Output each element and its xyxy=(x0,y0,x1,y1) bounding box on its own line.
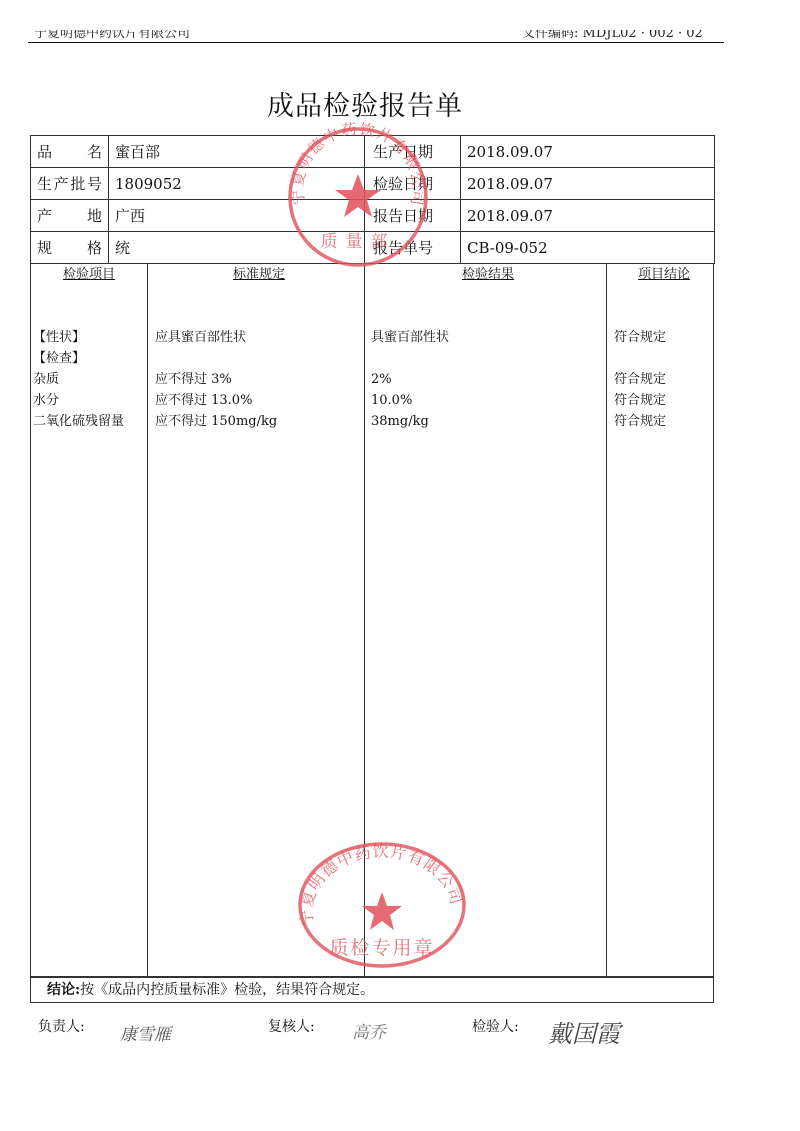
header-conclusion: 项目结论 xyxy=(614,264,714,285)
file-code-label: 文件编码: xyxy=(522,26,578,41)
info-label: 报告日期 xyxy=(365,200,461,232)
header-result: 检验结果 xyxy=(371,264,605,285)
info-label: 产 地 xyxy=(31,200,109,232)
info-label: 生产批号 xyxy=(31,168,109,200)
info-label: 规 格 xyxy=(31,232,109,264)
cell-result: 10.0% xyxy=(371,390,605,411)
file-code-value: MDJL02 · 002 · 02 xyxy=(583,26,703,41)
info-table: 品 名 蜜百部 生产日期 2018.09.07 生产批号 1809052 检验日… xyxy=(30,135,715,264)
page-title: 成品检验报告单 xyxy=(0,84,730,123)
info-label: 品 名 xyxy=(31,136,109,168)
inspector-label: 检验人: xyxy=(472,1016,519,1036)
cell-item: 【性状】 xyxy=(33,327,145,348)
conclusion-row: 结论:按《成品内控质量标准》检验，结果符合规定。 xyxy=(30,977,714,1003)
cell-result: 38mg/kg xyxy=(371,411,605,432)
info-row: 规 格 统 报告单号 CB-09-052 xyxy=(31,232,715,264)
cell-item: 二氧化硫残留量 xyxy=(33,411,145,432)
header-file-code: 文件编码: MDJL02 · 002 · 02 xyxy=(522,22,703,41)
conclusion-label: 结论: xyxy=(47,982,80,998)
cell-item: 杂质 xyxy=(33,369,145,390)
cell-item xyxy=(33,306,145,327)
info-value: 广西 xyxy=(109,200,365,232)
cell-standard: 应不得过 150mg/kg xyxy=(155,411,363,432)
results-table: 检验项目 【性状】 【检查】 杂质 水分 二氧化硫残留量 标准规定 应具蜜百部性… xyxy=(30,263,714,977)
cell-standard: 应具蜜百部性状 xyxy=(155,327,363,348)
info-label: 检验日期 xyxy=(365,168,461,200)
inspector-signature: 戴国霞 xyxy=(548,1014,620,1049)
responsible-signature: 康雪雁 xyxy=(120,1020,171,1045)
cell-item: 水分 xyxy=(33,390,145,411)
column-divider xyxy=(606,263,607,976)
info-label: 生产日期 xyxy=(365,136,461,168)
reviewer-label: 复核人: xyxy=(268,1016,315,1036)
cell-standard xyxy=(155,348,363,369)
info-row: 产 地 广西 报告日期 2018.09.07 xyxy=(31,200,715,232)
reviewer-signature: 高乔 xyxy=(352,1018,386,1043)
column-standard: 标准规定 应具蜜百部性状 应不得过 3% 应不得过 13.0% 应不得过 150… xyxy=(155,263,363,432)
cell-conclusion: 符合规定 xyxy=(614,390,714,411)
column-conclusion: 项目结论 符合规定 符合规定 符合规定 符合规定 xyxy=(614,263,714,432)
column-item: 检验项目 【性状】 【检查】 杂质 水分 二氧化硫残留量 xyxy=(33,263,145,432)
cell-standard xyxy=(155,306,363,327)
cell-result: 2% xyxy=(371,369,605,390)
cell-conclusion: 符合规定 xyxy=(614,411,714,432)
column-divider xyxy=(147,263,148,976)
header-item: 检验项目 xyxy=(33,264,145,285)
column-divider xyxy=(364,263,365,976)
header-company: 宁夏明德中药饮片有限公司 xyxy=(34,22,190,41)
header-standard: 标准规定 xyxy=(155,264,363,285)
cell-conclusion xyxy=(614,348,714,369)
info-label: 报告单号 xyxy=(365,232,461,264)
info-value: 统 xyxy=(109,232,365,264)
info-value: 蜜百部 xyxy=(109,136,365,168)
info-value: 1809052 xyxy=(109,168,365,200)
cell-item: 【检查】 xyxy=(33,348,145,369)
info-row: 品 名 蜜百部 生产日期 2018.09.07 xyxy=(31,136,715,168)
info-value: CB-09-052 xyxy=(461,232,715,264)
cell-conclusion xyxy=(614,306,714,327)
info-value: 2018.09.07 xyxy=(461,168,715,200)
column-result: 检验结果 具蜜百部性状 2% 10.0% 38mg/kg xyxy=(371,263,605,432)
info-value: 2018.09.07 xyxy=(461,136,715,168)
conclusion-text: 按《成品内控质量标准》检验，结果符合规定。 xyxy=(80,982,374,998)
cell-conclusion: 符合规定 xyxy=(614,369,714,390)
cell-conclusion: 符合规定 xyxy=(614,327,714,348)
info-row: 生产批号 1809052 检验日期 2018.09.07 xyxy=(31,168,715,200)
header-divider xyxy=(28,42,724,43)
cell-result: 具蜜百部性状 xyxy=(371,327,605,348)
cell-result xyxy=(371,306,605,327)
cell-standard: 应不得过 13.0% xyxy=(155,390,363,411)
cell-result xyxy=(371,348,605,369)
info-value: 2018.09.07 xyxy=(461,200,715,232)
responsible-label: 负责人: xyxy=(38,1016,85,1036)
cell-standard: 应不得过 3% xyxy=(155,369,363,390)
